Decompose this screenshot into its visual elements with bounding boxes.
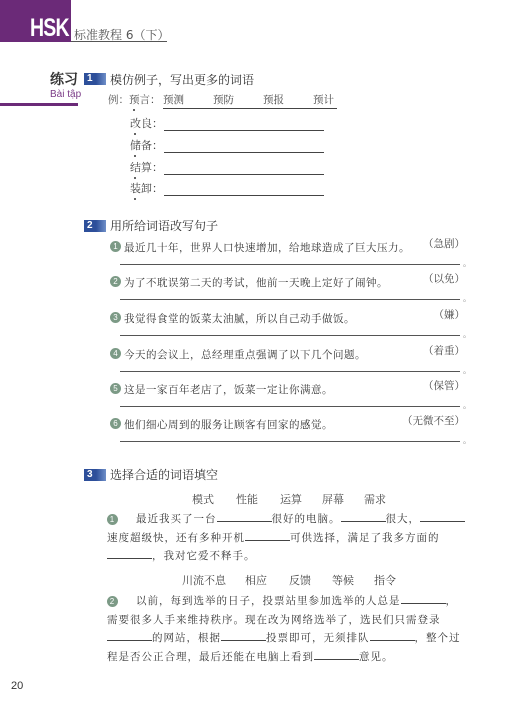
paragraph-text: 的网站，根据: [152, 632, 221, 644]
paragraph-text: ，整个: [415, 632, 450, 644]
paragraph-text: 很好的电脑。: [272, 513, 341, 525]
paragraph-text: 意见。: [359, 651, 394, 663]
paragraph-text: 很大，: [386, 513, 421, 525]
word-bank-item: 屏幕: [322, 491, 344, 507]
exercise-1-title: 模仿例子，写出更多的词语: [110, 71, 254, 88]
answer-period: 。: [463, 329, 471, 340]
word-bank-item: 反馈: [289, 572, 311, 588]
example-answer: 预防: [213, 92, 263, 107]
exercise-1-row: 改良：: [130, 115, 324, 131]
section-label-vietnamese: Bài tập: [50, 89, 81, 100]
exercise-2-item: 2为了不耽误第二天的考试，他前一天晚上定好了闹钟。 （以免） 。: [110, 271, 465, 290]
answer-line[interactable]: [120, 335, 460, 336]
question-sentence: 最近几十年，世界人口快速增加，给地球造成了巨大压力。: [124, 242, 410, 254]
fill-blank[interactable]: [217, 511, 272, 522]
answer-period: 。: [463, 258, 471, 269]
fill-blank[interactable]: [401, 593, 446, 604]
exercise-2-item: 4今天的会议上，总经理重点强调了以下几个问题。 （着重） 。: [110, 343, 465, 362]
exercise-1-row: 装卸：: [130, 180, 324, 196]
word-bank-item: 指令: [374, 572, 396, 588]
header-rule: [71, 41, 167, 42]
section-label-chinese: 练习: [50, 69, 78, 89]
word-bank-item: 需求: [364, 491, 386, 507]
answer-line[interactable]: [120, 299, 460, 300]
example-answer: 预测: [163, 92, 213, 107]
answer-line[interactable]: [120, 441, 460, 442]
exercise-1-row: 结算：: [130, 159, 324, 175]
paragraph-text: 需要很多人手来维持秩序。现在改为网络选举了，选民们只需登录: [107, 614, 441, 626]
exercise-2-item: 1最近几十年，世界人口快速增加，给地球造成了巨大压力。 （急剧） 。: [110, 236, 465, 255]
answer-line[interactable]: [120, 371, 460, 372]
question-number: 2: [110, 276, 121, 287]
paragraph-text: ，: [446, 595, 458, 607]
answer-line[interactable]: [120, 264, 460, 265]
word-bank-item: 性能: [236, 491, 258, 507]
fill-in-paragraph: 1最近我买了一台很好的电脑。很大，速度超级快，还有多种开机可供选择，满足了我多方…: [107, 510, 467, 566]
answer-line[interactable]: [164, 130, 324, 131]
question-number: 5: [110, 383, 121, 394]
exercise-1-term: 结算：: [130, 159, 162, 175]
fill-blank[interactable]: [314, 649, 359, 660]
word-bank-item: 模式: [192, 491, 214, 507]
paragraph-text: 速度超级快，还有多种开机: [107, 532, 245, 544]
answer-line[interactable]: [164, 195, 324, 196]
example-answers: 预测预防预报预计: [163, 92, 337, 109]
question-sentence: 我觉得食堂的饭菜太油腻，所以自己动手做饭。: [124, 313, 355, 325]
answer-line[interactable]: [164, 174, 324, 175]
answer-period: 。: [463, 400, 471, 411]
exercise-2-badge: 2: [84, 220, 106, 232]
example-word: 预言：: [129, 92, 163, 107]
question-hint: （嫌）: [434, 307, 466, 322]
question-sentence: 他们细心周到的服务让顾客有回家的感觉。: [124, 419, 333, 431]
fill-blank[interactable]: [341, 511, 386, 522]
answer-period: 。: [463, 365, 471, 376]
question-hint: （以免）: [423, 271, 465, 286]
exercise-3-badge: 3: [84, 469, 106, 481]
example-answer: 预计: [313, 92, 337, 107]
paragraph-text: 投票即可，无须排队: [266, 632, 370, 644]
question-number: 1: [107, 514, 118, 525]
exercise-1-term: 改良：: [130, 115, 162, 131]
word-bank-item: 川流不息: [182, 572, 226, 588]
section-rule: [0, 103, 78, 106]
word-bank-item: 等候: [332, 572, 354, 588]
exercise-1-row: 储备：: [130, 137, 324, 153]
example-answer: 预报: [263, 92, 313, 107]
paragraph-text: 最近我买了一台: [136, 513, 217, 525]
question-number: 1: [110, 241, 121, 252]
exercise-1-term: 储备：: [130, 137, 162, 153]
page-number: 20: [11, 680, 23, 692]
question-number: 6: [110, 418, 121, 429]
fill-blank[interactable]: [107, 630, 152, 641]
hsk-logo: HSK: [30, 14, 69, 43]
exercise-1-example: 例：预言：预测预防预报预计: [108, 92, 337, 109]
answer-line[interactable]: [120, 406, 460, 407]
question-number: 2: [107, 596, 118, 607]
question-sentence: 这是一家百年老店了，饭菜一定让你满意。: [124, 384, 333, 396]
exercise-2-title: 用所给词语改写句子: [110, 217, 218, 234]
exercise-2-item: 5这是一家百年老店了，饭菜一定让你满意。 （保管） 。: [110, 378, 465, 397]
question-hint: （无微不至）: [402, 413, 465, 428]
fill-blank[interactable]: [245, 530, 290, 541]
paragraph-text: 可供选择，满足了我多方面的: [290, 532, 440, 544]
answer-line[interactable]: [164, 152, 324, 153]
fill-blank[interactable]: [370, 630, 415, 641]
answer-period: 。: [463, 293, 471, 304]
question-hint: （保管）: [423, 378, 465, 393]
fill-blank[interactable]: [221, 630, 266, 641]
exercise-1-term: 装卸：: [130, 180, 162, 196]
word-bank-item: 相应: [245, 572, 267, 588]
fill-blank[interactable]: [107, 548, 152, 559]
exercise-1-badge: 1: [84, 73, 106, 85]
question-sentence: 为了不耽误第二天的考试，他前一天晚上定好了闹钟。: [124, 277, 388, 289]
exercise-3-title: 选择合适的词语填空: [110, 466, 218, 483]
fill-in-paragraph: 2以前，每到选举的日子，投票站里参加选举的人总是，需要很多人手来维持秩序。现在改…: [107, 592, 467, 666]
question-sentence: 今天的会议上，总经理重点强调了以下几个问题。: [124, 349, 366, 361]
answer-period: 。: [463, 435, 471, 446]
question-hint: （着重）: [423, 343, 465, 358]
paragraph-text: 以前，每到选举的日子，投票站里参加选举的人总是: [136, 595, 401, 607]
paragraph-text: ，我对它爱不释手。: [152, 550, 256, 562]
question-hint: （急剧）: [423, 236, 465, 251]
fill-blank[interactable]: [420, 511, 465, 522]
exercise-2-item: 6他们细心周到的服务让顾客有回家的感觉。 （无微不至） 。: [110, 413, 465, 432]
exercise-2-item: 3我觉得食堂的饭菜太油腻，所以自己动手做饭。 （嫌） 。: [110, 307, 465, 326]
word-bank-item: 运算: [280, 491, 302, 507]
question-number: 4: [110, 348, 121, 359]
example-label: 例：: [108, 94, 129, 106]
question-number: 3: [110, 312, 121, 323]
